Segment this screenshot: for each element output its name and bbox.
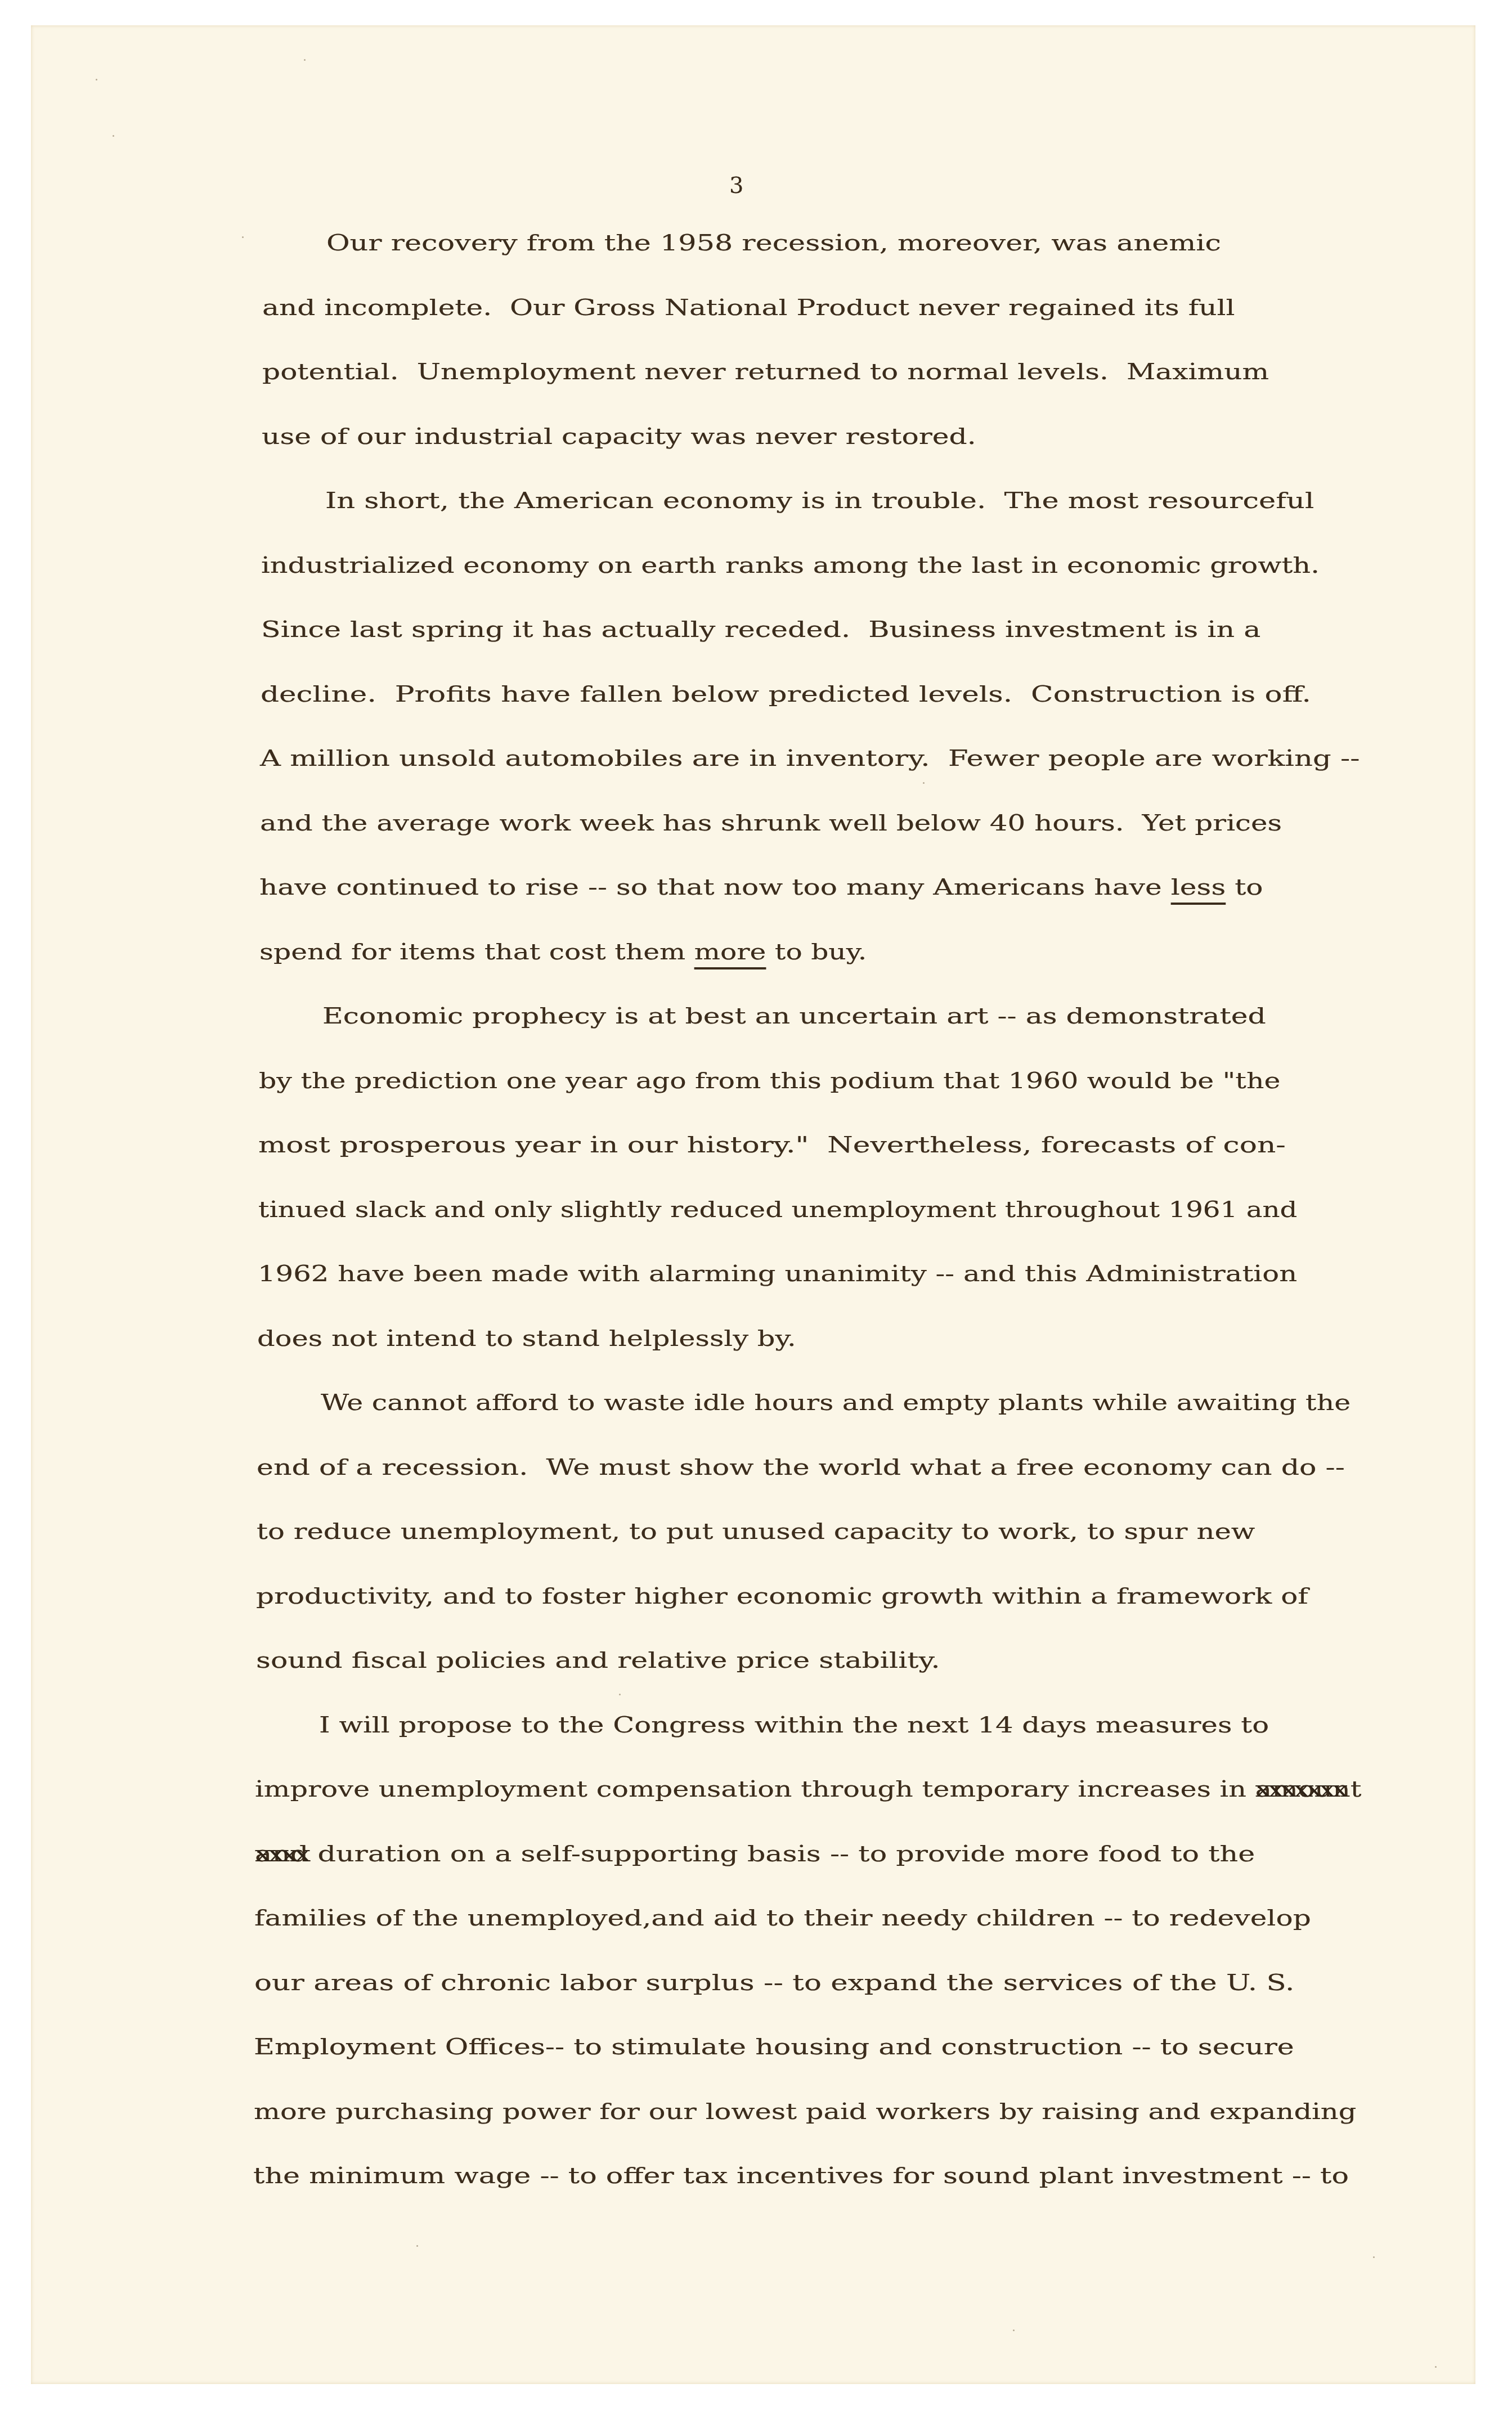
paper-speck bbox=[1013, 2329, 1015, 2331]
overtype-x-marks: xxxxxxx bbox=[1255, 1778, 1345, 1801]
text-line: sound fiscal policies and relative price… bbox=[256, 1649, 940, 1672]
paragraph-first-line: Our recovery from the 1958 recession, mo… bbox=[326, 232, 1221, 254]
paper-speck bbox=[416, 2245, 418, 2247]
text-line: by the prediction one year ago from this… bbox=[259, 1070, 1280, 1092]
text-line: use of our industrial capacity was never… bbox=[262, 425, 976, 448]
text-line: most prosperous year in our history." Ne… bbox=[258, 1134, 1286, 1156]
text-line: industrialized economy on earth ranks am… bbox=[261, 554, 1320, 577]
text-line: the minimum wage -- to offer tax incenti… bbox=[253, 2165, 1349, 2187]
paragraph-first-line: In short, the American economy is in tro… bbox=[325, 490, 1314, 512]
text-line: our areas of chronic labor surplus -- to… bbox=[254, 1972, 1294, 1994]
text-line: and the average work week has shrunk wel… bbox=[260, 812, 1282, 834]
text-line: potential. Unemployment never returned t… bbox=[262, 361, 1269, 383]
paragraph-first-line: We cannot afford to waste idle hours and… bbox=[321, 1391, 1351, 1414]
text-line: families of the unemployed,and aid to th… bbox=[254, 1907, 1311, 1929]
text-line: A million unsold automobiles are in inve… bbox=[260, 747, 1360, 770]
struck-out-word: amountxxxxxxx bbox=[1255, 1778, 1362, 1801]
text-line: does not intend to stand helplessly by. bbox=[257, 1327, 796, 1350]
paper-speck bbox=[1435, 2366, 1437, 2368]
text-line: improve unemployment compensation throug… bbox=[255, 1778, 1362, 1801]
text-line: and incomplete. Our Gross National Produ… bbox=[262, 297, 1235, 319]
text-line: have continued to rise -- so that now to… bbox=[259, 876, 1263, 899]
text-line: 1962 have been made with alarming unanim… bbox=[258, 1263, 1297, 1285]
struck-out-word: andxxxx bbox=[255, 1843, 308, 1865]
text-line: productivity, and to foster higher econo… bbox=[256, 1585, 1308, 1608]
overtype-x-marks: xxxx bbox=[255, 1843, 308, 1865]
paper-speck bbox=[1373, 2256, 1375, 2258]
text-line: andxxxx duration on a self-supporting ba… bbox=[255, 1843, 1255, 1865]
paper-speck bbox=[96, 79, 97, 80]
text-line: tinued slack and only slightly reduced u… bbox=[258, 1198, 1297, 1221]
text-line: spend for items that cost them more to b… bbox=[259, 941, 867, 963]
paragraph-first-line: Economic prophecy is at best an uncertai… bbox=[322, 1005, 1266, 1027]
text-line: Since last spring it has actually recede… bbox=[261, 618, 1260, 641]
text-line: end of a recession. We must show the wor… bbox=[257, 1456, 1345, 1479]
page-number: 3 bbox=[729, 174, 743, 197]
paper-speck bbox=[923, 782, 925, 784]
text-line: more purchasing power for our lowest pai… bbox=[254, 2100, 1356, 2123]
paper-speck bbox=[242, 236, 244, 238]
text-line: Employment Offices-- to stimulate housin… bbox=[254, 2036, 1294, 2058]
underlined-word: more bbox=[694, 939, 766, 965]
text-line: to reduce unemployment, to put unused ca… bbox=[257, 1520, 1255, 1543]
paragraph-first-line: I will propose to the Congress within th… bbox=[319, 1714, 1269, 1736]
paper-speck bbox=[619, 1694, 621, 1695]
text-line: decline. Profits have fallen below predi… bbox=[261, 683, 1311, 706]
underlined-word: less bbox=[1171, 874, 1226, 900]
paper-speck bbox=[304, 59, 306, 61]
paper-speck bbox=[113, 135, 114, 137]
